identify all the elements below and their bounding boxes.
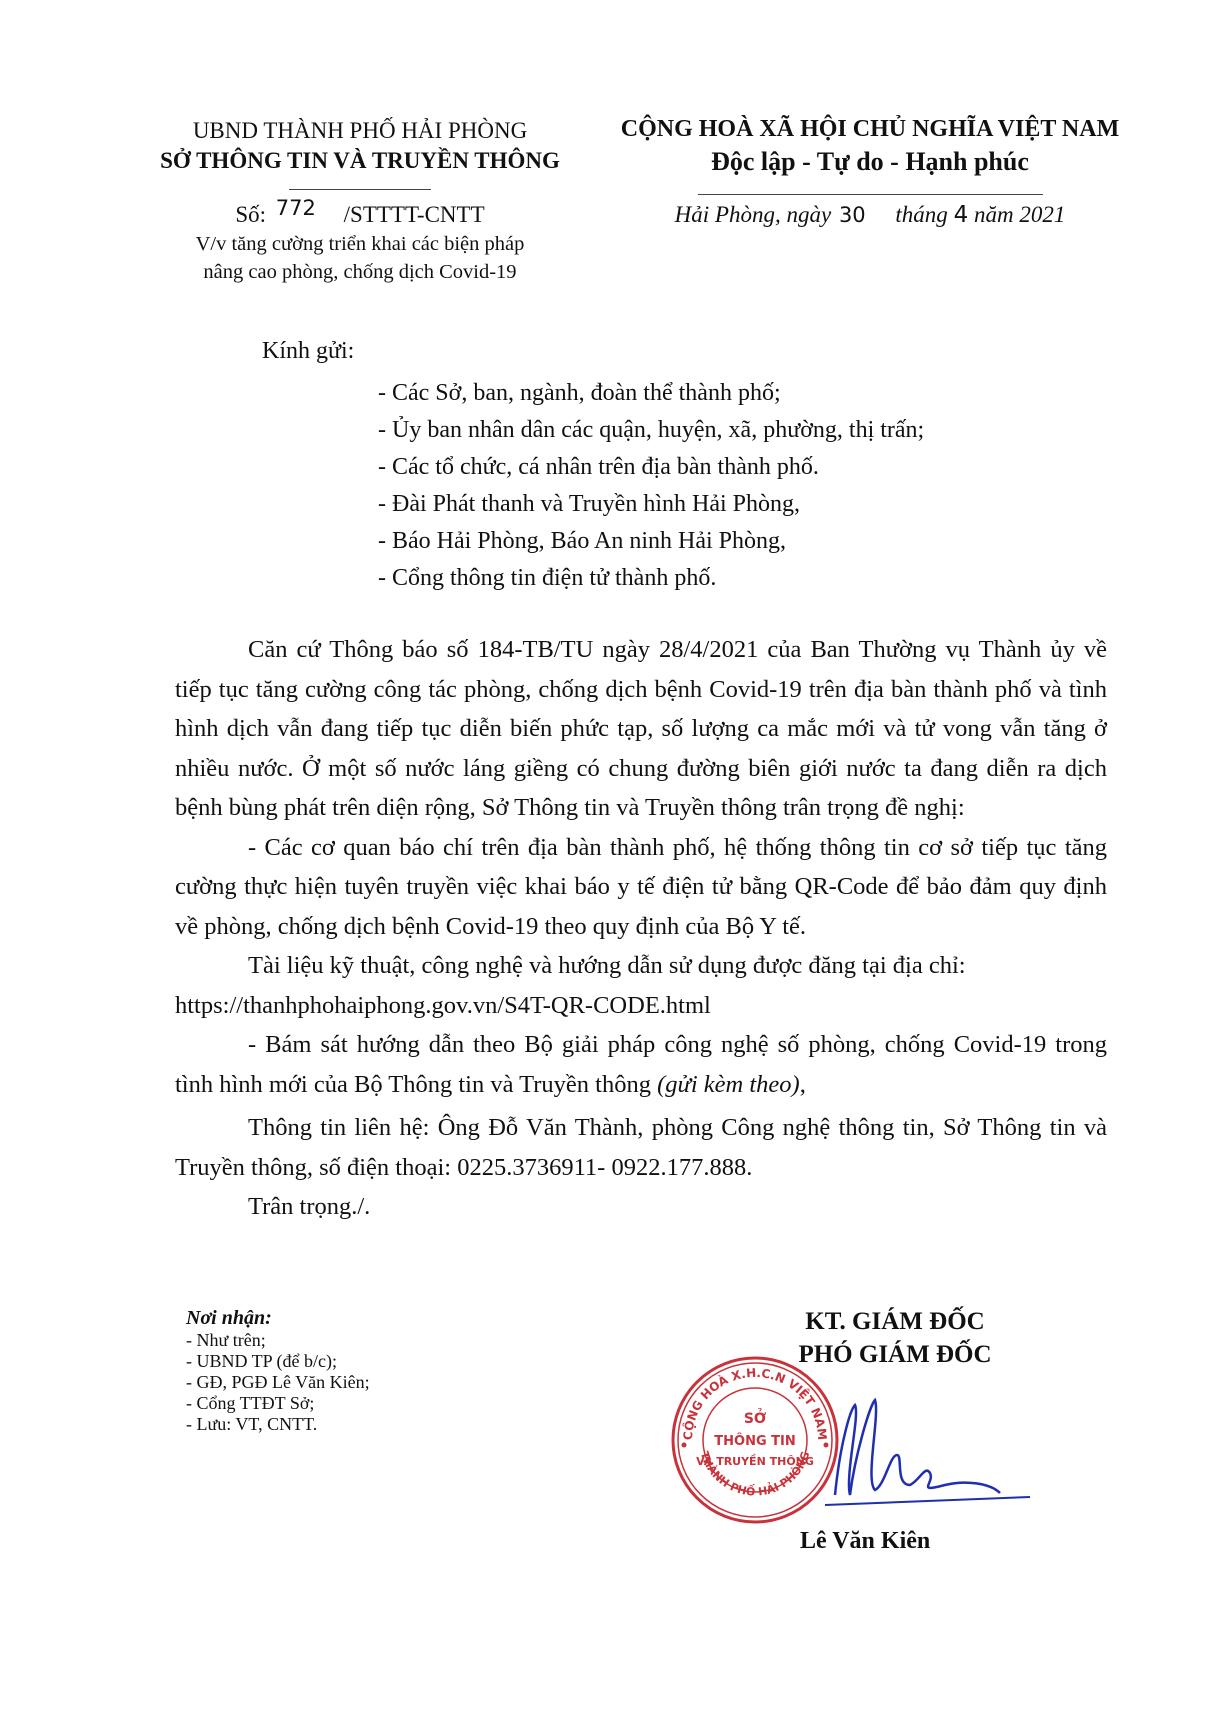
national-motto-block: CỘNG HOÀ XÃ HỘI CHỦ NGHĨA VIỆT NAM Độc l…	[590, 114, 1150, 228]
motto-line: Độc lập - Tự do - Hạnh phúc	[590, 144, 1150, 180]
svg-text:SỞ: SỞ	[744, 1408, 766, 1427]
body-paragraph-4: - Bám sát hướng dẫn theo Bộ giải pháp cô…	[175, 1025, 1107, 1104]
signer-name: Lê Văn Kiên	[800, 1528, 930, 1555]
document-number: Số: 772 /STTTT-CNTT	[110, 200, 610, 230]
nation-line: CỘNG HOÀ XÃ HỘI CHỦ NGHĨA VIỆT NAM	[590, 114, 1150, 144]
body-paragraph-2: - Các cơ quan báo chí trên địa bàn thành…	[175, 828, 1107, 947]
authority-underline	[289, 189, 431, 190]
subject-line-2: nâng cao phòng, chống dịch Covid-19	[110, 258, 610, 286]
contact-paragraph: Thông tin liên hệ: Ông Đỗ Văn Thành, phò…	[175, 1108, 1107, 1187]
distribution-item: - Lưu: VT, CNTT.	[186, 1414, 370, 1435]
recipient-item: - Cổng thông tin điện tử thành phố.	[378, 560, 924, 597]
recipient-item: - Đài Phát thanh và Truyền hình Hải Phòn…	[378, 486, 924, 523]
distribution-title: Nơi nhận:	[186, 1306, 370, 1330]
distribution-item: - Cổng TTĐT Sở;	[186, 1393, 370, 1414]
recipient-item: - Các Sở, ban, ngành, đoàn thể thành phố…	[378, 375, 924, 412]
letter-body: Căn cứ Thông báo số 184-TB/TU ngày 28/4/…	[175, 630, 1107, 1227]
distribution-item: - GĐ, PGĐ Lê Văn Kiên;	[186, 1372, 370, 1393]
signature-title-1: KT. GIÁM ĐỐC	[755, 1305, 1035, 1338]
date-day: 30	[839, 203, 866, 227]
recipient-list: - Các Sở, ban, ngành, đoàn thể thành phố…	[378, 375, 924, 597]
date-month: 4	[954, 202, 969, 228]
date-line: Hải Phòng, ngày 30 tháng 4 năm 2021	[590, 202, 1150, 228]
distribution-list: Nơi nhận: - Như trên; - UBND TP (để b/c)…	[186, 1306, 370, 1435]
salutation-label: Kính gửi:	[262, 338, 354, 365]
svg-text:THÔNG TIN: THÔNG TIN	[714, 1433, 795, 1449]
issuing-authority-block: UBND THÀNH PHỐ HẢI PHÒNG SỞ THÔNG TIN VÀ…	[110, 116, 610, 286]
recipient-item: - Các tổ chức, cá nhân trên địa bàn thàn…	[378, 449, 924, 486]
distribution-item: - Như trên;	[186, 1330, 370, 1351]
closing-text: Trân trọng./.	[175, 1187, 1107, 1227]
authority-line-2: SỞ THÔNG TIN VÀ TRUYỀN THÔNG	[110, 146, 610, 176]
svg-text:VÀ TRUYỀN THÔNG: VÀ TRUYỀN THÔNG	[696, 1454, 814, 1468]
handwritten-signature-icon	[815, 1385, 1040, 1525]
distribution-item: - UBND TP (để b/c);	[186, 1351, 370, 1372]
recipient-item: - Báo Hải Phòng, Báo An ninh Hải Phòng,	[378, 523, 924, 560]
motto-underline	[698, 194, 1043, 195]
body-paragraph-1: Căn cứ Thông báo số 184-TB/TU ngày 28/4/…	[175, 630, 1107, 828]
authority-line-1: UBND THÀNH PHỐ HẢI PHÒNG	[110, 116, 610, 146]
subject-line-1: V/v tăng cường triển khai các biện pháp	[110, 230, 610, 258]
number-value: 772	[276, 196, 316, 220]
document-link[interactable]: https://thanhphohaiphong.gov.vn/S4T-QR-C…	[175, 986, 1107, 1026]
body-paragraph-3: Tài liệu kỹ thuật, công nghệ và hướng dẫ…	[175, 946, 1107, 986]
recipient-item: - Ủy ban nhân dân các quận, huyện, xã, p…	[378, 412, 924, 449]
